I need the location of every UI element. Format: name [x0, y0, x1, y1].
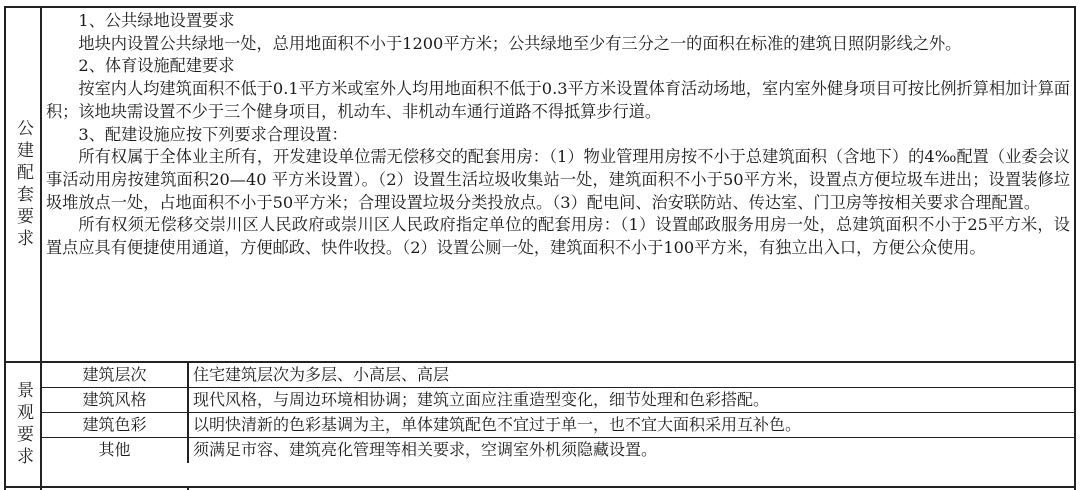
landscape-label-cell: 景观要求: [6, 363, 42, 486]
public-facilities-label-cell: 公建配套要求: [6, 8, 42, 361]
green-space-heading: 1、公共绿地设置要求: [46, 10, 1070, 33]
requirements-table: 公建配套要求 1、公共绿地设置要求 地块内设置公共绿地一处，总用地面积不小于12…: [4, 6, 1076, 490]
landscape-label: 景观要求: [13, 381, 33, 469]
table-row: 建筑色彩 以明快清新的色彩基调为主，单体建筑配色不宜过于单一，也不宜大面积采用互…: [42, 413, 1074, 438]
supporting-facilities-heading: 3、配建设施应按下列要求合理设置：: [46, 124, 1070, 147]
row-value: 住宅建筑层次为多层、小高层、高层: [189, 363, 1074, 387]
landscape-rows: 建筑层次 住宅建筑层次为多层、小高层、高层 建筑风格 现代风格，与周边环境相协调…: [42, 363, 1074, 486]
row-key: 建筑层次: [42, 363, 189, 387]
row-value: 须满足市容、建筑亮化管理等相关要求，空调室外机须隐藏设置。: [189, 438, 1074, 463]
green-space-text: 地块内设置公共绿地一处，总用地面积不小于1200平方米；公共绿地至少有三分之一的…: [46, 33, 1070, 56]
public-facilities-content: 1、公共绿地设置要求 地块内设置公共绿地一处，总用地面积不小于1200平方米；公…: [44, 8, 1074, 361]
landscape-section: 景观要求 建筑层次 住宅建筑层次为多层、小高层、高层 建筑风格 现代风格，与周边…: [6, 363, 1074, 488]
government-facilities-text: 所有权须无偿移交崇川区人民政府或崇川区人民政府指定单位的配套用房：（1）设置邮政…: [46, 214, 1070, 259]
row-key: 建筑色彩: [42, 413, 189, 437]
row-value: 以明快清新的色彩基调为主，单体建筑配色不宜过于单一，也不宜大面积采用互补色。: [189, 413, 1074, 437]
row-value: 现代风格，与周边环境相协调；建筑立面应注重造型变化，细节处理和色彩搭配。: [189, 388, 1074, 412]
public-facilities-section: 公建配套要求 1、公共绿地设置要求 地块内设置公共绿地一处，总用地面积不小于12…: [6, 8, 1074, 363]
table-row: 建筑层次 住宅建筑层次为多层、小高层、高层: [42, 363, 1074, 388]
row-key: 建筑风格: [42, 388, 189, 412]
sports-facilities-text: 按室内人均建筑面积不低于0.1平方米或室外人均用地面积不低于0.3平方米设置体育…: [46, 78, 1070, 123]
row-key: 其他: [42, 438, 189, 463]
public-facilities-label: 公建配套要求: [13, 119, 33, 251]
table-row: 其他 须满足市容、建筑亮化管理等相关要求，空调室外机须隐藏设置。: [42, 438, 1074, 463]
sports-facilities-heading: 2、体育设施配建要求: [46, 55, 1070, 78]
table-row: 建筑风格 现代风格，与周边环境相协调；建筑立面应注重造型变化，细节处理和色彩搭配…: [42, 388, 1074, 413]
owner-facilities-text: 所有权属于全体业主所有，开发建设单位需无偿移交的配套用房：（1）物业管理用房按不…: [46, 146, 1070, 214]
